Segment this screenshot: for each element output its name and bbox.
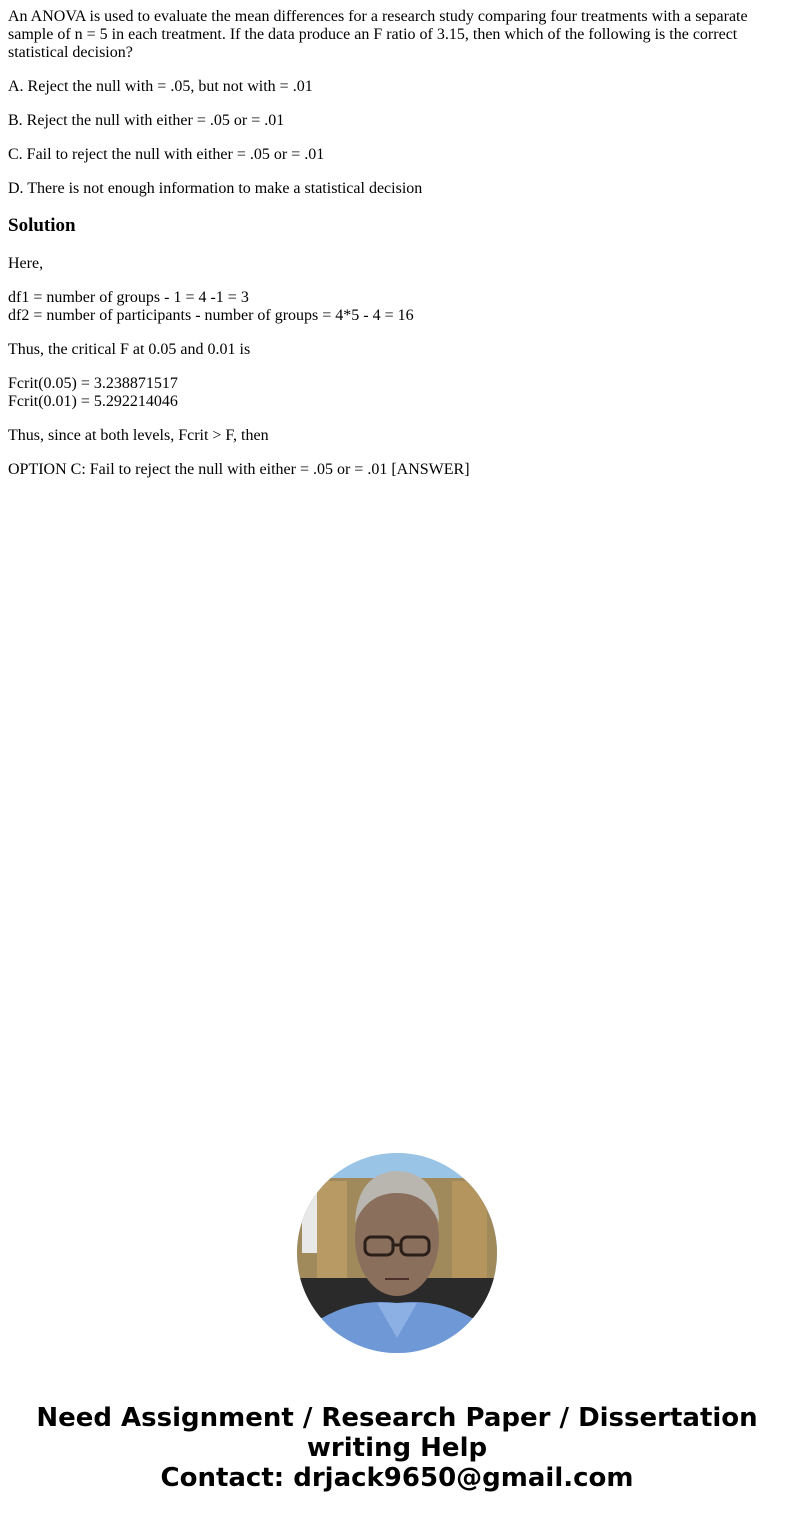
document-content: An ANOVA is used to evaluate the mean di…: [8, 8, 778, 495]
solution-intro: Here,: [8, 255, 778, 273]
author-avatar: [297, 1153, 497, 1353]
promo-contact: Contact: drjack9650@gmail.com: [0, 1463, 794, 1493]
option-b: B. Reject the null with either = .05 or …: [8, 112, 778, 130]
option-c: C. Fail to reject the null with either =…: [8, 146, 778, 164]
conclusion-text: Thus, since at both levels, Fcrit > F, t…: [8, 427, 778, 445]
df2-line: df2 = number of participants - number of…: [8, 307, 414, 324]
fcrit-01-line: Fcrit(0.01) = 5.292214046: [8, 393, 178, 410]
promo-line-1: Need Assignment / Research Paper / Disse…: [0, 1403, 794, 1433]
answer-text: OPTION C: Fail to reject the null with e…: [8, 461, 778, 479]
promo-banner: Need Assignment / Research Paper / Disse…: [0, 1403, 794, 1493]
option-a: A. Reject the null with = .05, but not w…: [8, 78, 778, 96]
promo-line-2: writing Help: [0, 1433, 794, 1463]
avatar-portrait-icon: [297, 1153, 497, 1353]
df1-line: df1 = number of groups - 1 = 4 -1 = 3: [8, 289, 249, 306]
option-d: D. There is not enough information to ma…: [8, 180, 778, 198]
question-text: An ANOVA is used to evaluate the mean di…: [8, 8, 778, 62]
fcrit-05-line: Fcrit(0.05) = 3.238871517: [8, 375, 178, 392]
degrees-of-freedom: df1 = number of groups - 1 = 4 -1 = 3 df…: [8, 289, 778, 325]
critical-values: Fcrit(0.05) = 3.238871517 Fcrit(0.01) = …: [8, 375, 778, 411]
critical-intro: Thus, the critical F at 0.05 and 0.01 is: [8, 341, 778, 359]
solution-heading: Solution: [8, 215, 778, 237]
